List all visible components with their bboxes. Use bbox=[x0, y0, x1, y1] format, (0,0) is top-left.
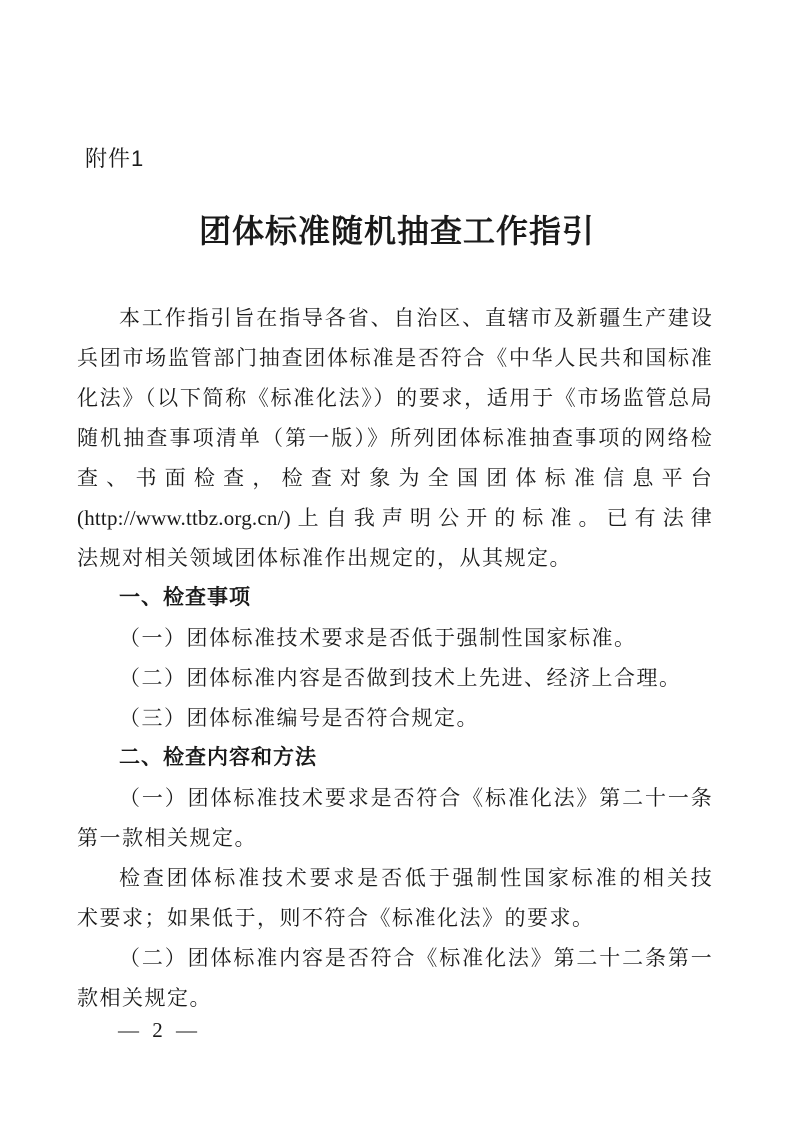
body-line: 兵团市场监管部门抽查团体标准是否符合《中华人民共和国标准 bbox=[77, 338, 712, 378]
body-line: （一）团体标准技术要求是否符合《标准化法》第二十一条 bbox=[77, 778, 712, 818]
attachment-label: 附件1 bbox=[85, 142, 144, 173]
body-line: 查、书面检查，检查对象为全国团体标准信息平台 bbox=[77, 458, 712, 498]
body-line: （一）团体标准技术要求是否低于强制性国家标准。 bbox=[77, 618, 712, 658]
body-lines: 本工作指引旨在指导各省、自治区、直辖市及新疆生产建设兵团市场监管部门抽查团体标准… bbox=[77, 298, 712, 1018]
body-line: （三）团体标准编号是否符合规定。 bbox=[77, 698, 712, 738]
body-line: 本工作指引旨在指导各省、自治区、直辖市及新疆生产建设 bbox=[77, 298, 712, 338]
page-title: 团体标准随机抽查工作指引 bbox=[0, 206, 794, 252]
body-line: 款相关规定。 bbox=[77, 978, 712, 1018]
body-line: 一、检查事项 bbox=[77, 578, 712, 618]
body-line: 化法》（以下简称《标准化法》）的要求，适用于《市场监管总局 bbox=[77, 378, 712, 418]
body-line: （二）团体标准内容是否做到技术上先进、经济上合理。 bbox=[77, 658, 712, 698]
body-line: 法规对相关领域团体标准作出规定的，从其规定。 bbox=[77, 538, 712, 578]
page-number: — 2 — bbox=[118, 1018, 201, 1043]
body-line: 随机抽查事项清单（第一版）》所列团体标准抽查事项的网络检 bbox=[77, 418, 712, 458]
body-line: 二、检查内容和方法 bbox=[77, 738, 712, 778]
body-line: 术要求；如果低于，则不符合《标准化法》的要求。 bbox=[77, 898, 712, 938]
document-page: 附件1 团体标准随机抽查工作指引 本工作指引旨在指导各省、自治区、直辖市及新疆生… bbox=[0, 0, 794, 1122]
body-line: 检查团体标准技术要求是否低于强制性国家标准的相关技 bbox=[77, 858, 712, 898]
body-line: (http://www.ttbz.org.cn/)上自我声明公开的标准。已有法律 bbox=[77, 498, 712, 538]
body-line: 第一款相关规定。 bbox=[77, 818, 712, 858]
body-line: （二）团体标准内容是否符合《标准化法》第二十二条第一 bbox=[77, 938, 712, 978]
